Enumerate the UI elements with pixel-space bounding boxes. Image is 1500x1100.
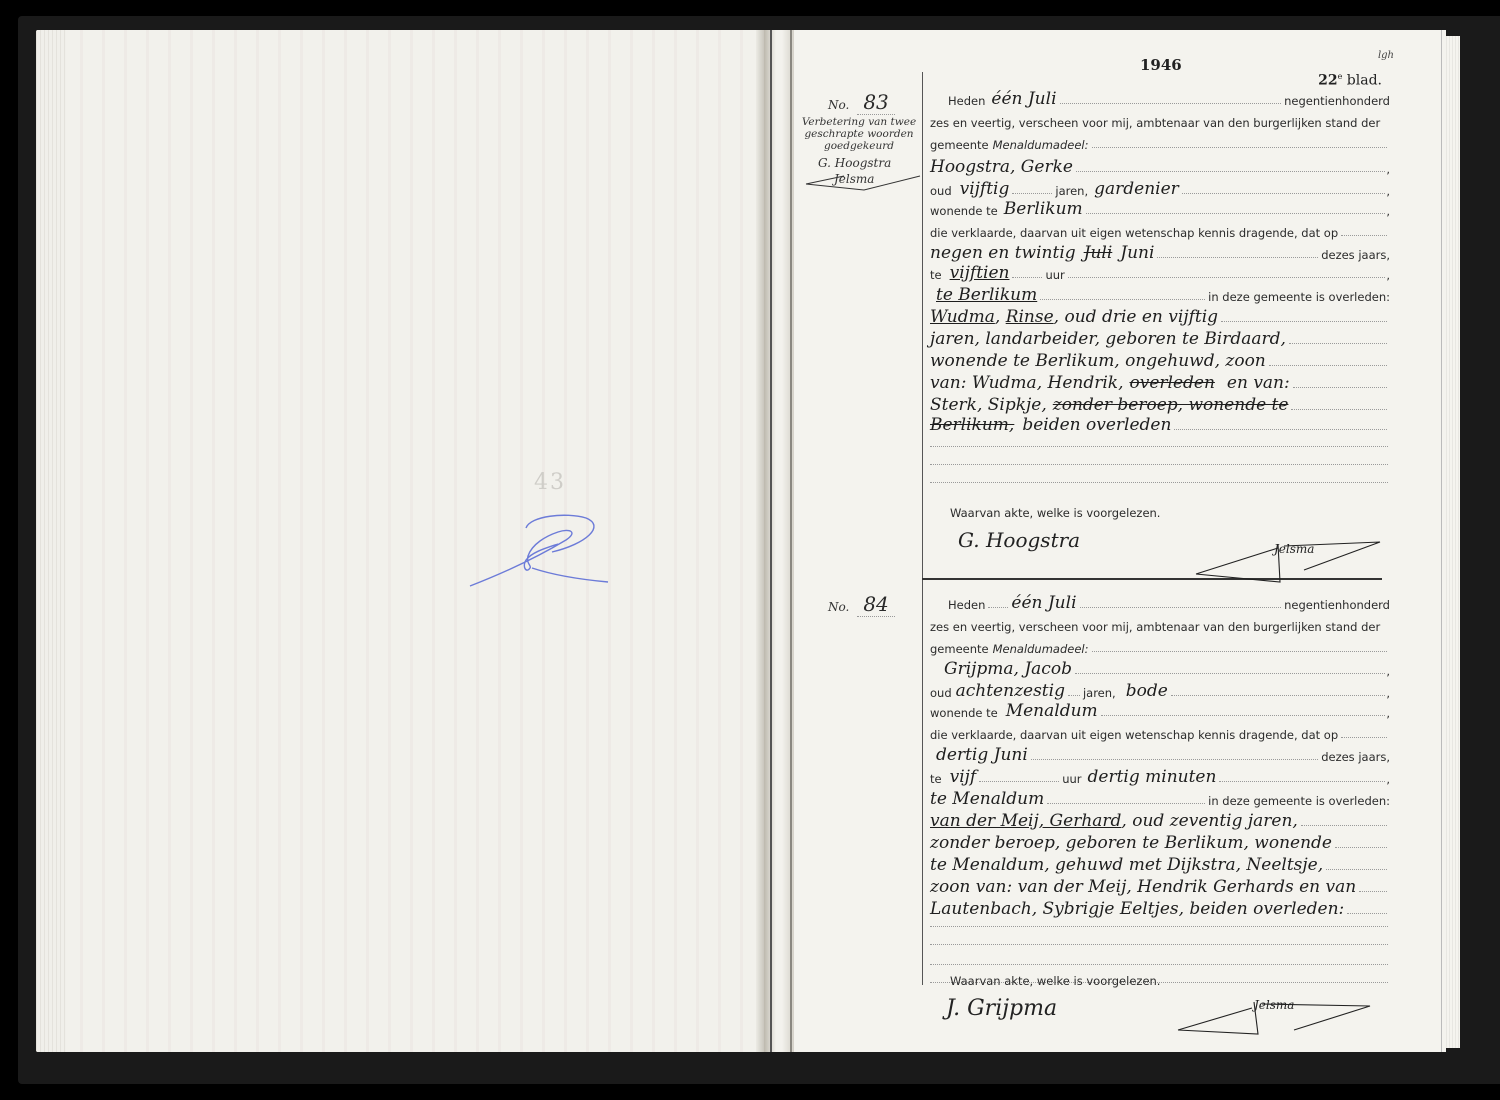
official-signature-flourish [1194,530,1384,590]
book-spine [764,30,794,1052]
register-year: 1946 [1140,56,1182,74]
left-page: 43 [36,30,764,1052]
right-page: 1946 lgh 22e blad. No.83 Verbetering van… [794,30,1446,1052]
margin-correction-note: Verbetering van twee geschrapte woorden … [800,116,918,152]
signature-flourish [804,170,922,192]
declarant-signature: G. Hoogstra [958,528,1080,552]
margin-divider [922,580,923,985]
margin-signature: G. Hoogstra [818,156,891,170]
margin-divider [922,72,923,587]
record-number: No.83 [828,90,895,114]
blue-signature-mark [466,510,616,590]
declarant-name: Hoogstra, Gerke [930,158,1073,176]
record-number: No.84 [828,592,895,616]
gutter-shadow [756,30,764,1052]
page-stack-edge [1446,36,1460,1048]
blad-annotation: lgh [1378,50,1394,61]
declarant-name: Grijpma, Jacob [944,660,1072,678]
deceased-given-name: Rinse [1006,308,1054,326]
deceased-name: van der Meij, Gerhard [930,812,1121,830]
declarant-signature: J. Grijpma [946,996,1057,1021]
folio-stamp: 43 [534,470,566,495]
date-handwritten: één Juli [991,90,1056,108]
page-stack-edge [36,30,66,1052]
official-signature-flourish [1174,990,1374,1040]
deceased-surname: Wudma [930,308,995,326]
